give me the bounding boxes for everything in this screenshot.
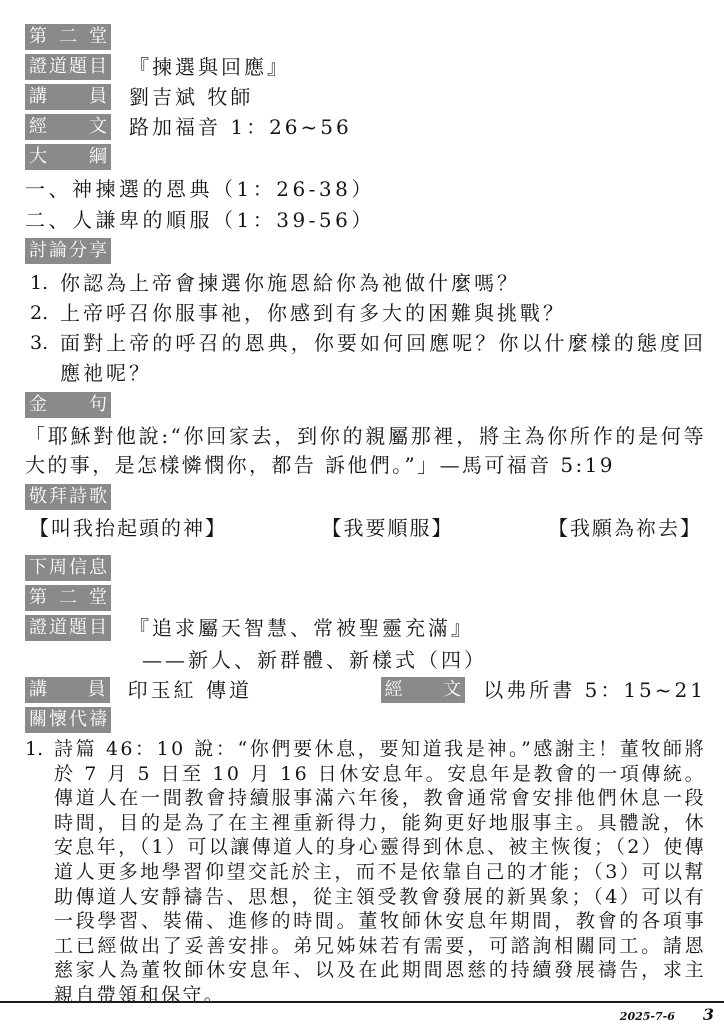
scripture-label: 經文 — [25, 114, 111, 140]
sermon-title-row: 證道題目 『揀選與回應』 — [25, 54, 706, 80]
next-scripture-reference: 以弗所書 5：15~21 — [483, 677, 706, 703]
discussion-item: 2. 上帝呼召你服事祂，你感到有多大的困難與挑戰？ — [25, 298, 706, 328]
outline-label-row: 大綱 — [25, 144, 706, 170]
hymns-label: 敬拜詩歌 — [25, 484, 111, 510]
next-session-row: 第二堂 — [25, 585, 706, 611]
verse-label-row: 金句 — [25, 392, 706, 418]
care-prayer-label: 關懷代禱 — [25, 707, 111, 733]
footer-date: 2025-7-6 — [620, 1010, 675, 1023]
footer-page-number: 3 — [703, 1005, 714, 1024]
discussion-item: 3. 面對上帝的呼召的恩典，你要如何回應呢？你以什麼樣的態度回應祂呢？ — [25, 328, 706, 388]
hymn-list: 【叫我抬起頭的神】 【我要順服】 【我願為祢去】 — [29, 514, 702, 542]
hymns-label-row: 敬拜詩歌 — [25, 484, 706, 510]
care-prayer-item-number: 1. — [25, 737, 54, 761]
section-spacer — [25, 542, 706, 555]
discussion-item-number: 1. — [25, 268, 60, 298]
next-week-label-row: 下周信息 — [25, 555, 706, 581]
speaker-row: 講員 劉吉斌 牧師 — [25, 84, 706, 110]
discussion-list: 1. 你認為上帝會揀選你施恩給你為祂做什麼嗎？ 2. 上帝呼召你服事祂，你感到有… — [25, 268, 706, 388]
memory-verse: 「耶穌對他說:“你回家去，到你的親屬那裡，將主為你所作的是何等大的事，是怎樣憐憫… — [25, 422, 706, 480]
next-speaker-label: 講員 — [25, 677, 110, 703]
second-service-section: 第二堂 證道題目 『揀選與回應』 講員 劉吉斌 牧師 經文 路加福音 1：26~… — [25, 24, 706, 542]
discussion-item-text: 面對上帝的呼召的恩典，你要如何回應呢？你以什麼樣的態度回應祂呢？ — [60, 328, 706, 388]
verse-label: 金句 — [25, 392, 111, 418]
care-prayer-label-row: 關懷代禱 — [25, 707, 706, 733]
bulletin-page: 第二堂 證道題目 『揀選與回應』 講員 劉吉斌 牧師 經文 路加福音 1：26~… — [0, 0, 724, 1024]
next-speaker-name: 印玉紅 傳道 — [128, 677, 381, 703]
speaker-label: 講員 — [25, 84, 111, 110]
discussion-item-text: 你認為上帝會揀選你施恩給你為祂做什麼嗎？ — [60, 268, 706, 298]
session-label: 第二堂 — [25, 24, 111, 50]
scripture-row: 經文 路加福音 1：26~56 — [25, 114, 706, 140]
discussion-item-text: 上帝呼召你服事祂，你感到有多大的困難與挑戰？ — [60, 298, 706, 328]
next-sermon-title-row: 證道題目 『追求屬天智慧、常被聖靈充滿』 — [25, 615, 706, 641]
sermon-title-label: 證道題目 — [25, 54, 111, 80]
next-week-section: 下周信息 第二堂 證道題目 『追求屬天智慧、常被聖靈充滿』 ——新人、新群體、新… — [25, 555, 706, 703]
outline-point-1: 一、神揀選的恩典（1：26-38） — [25, 174, 706, 205]
session-row: 第二堂 — [25, 24, 706, 50]
next-sermon-title: 『追求屬天智慧、常被聖靈充滿』 — [129, 615, 474, 641]
sermon-title: 『揀選與回應』 — [129, 54, 290, 80]
outline-label: 大綱 — [25, 144, 111, 170]
discussion-item: 1. 你認為上帝會揀選你施恩給你為祂做什麼嗎？ — [25, 268, 706, 298]
next-week-label: 下周信息 — [25, 555, 111, 581]
discussion-item-number: 2. — [25, 298, 60, 328]
care-prayer-item-text: 詩篇 46：10 說：“你們要休息，要知道我是神。”感謝主！董牧師將於 7 月 … — [54, 737, 706, 1008]
next-speaker-row: 講員 印玉紅 傳道 經文 以弗所書 5：15~21 — [25, 677, 706, 703]
hymn-title: 【叫我抬起頭的神】 — [29, 514, 227, 542]
next-session-label: 第二堂 — [25, 585, 111, 611]
page-footer: 2025-7-6 3 — [0, 1001, 724, 1024]
next-sermon-title-label: 證道題目 — [25, 615, 111, 641]
discussion-label-row: 討論分享 — [25, 238, 706, 264]
speaker-name: 劉吉斌 牧師 — [129, 84, 253, 110]
hymn-title: 【我要順服】 — [322, 514, 454, 542]
next-sermon-subtitle: ——新人、新群體、新樣式（四） — [142, 645, 706, 675]
care-prayer-section: 關懷代禱 1. 詩篇 46：10 說：“你們要休息，要知道我是神。”感謝主！董牧… — [25, 707, 706, 1008]
next-scripture-label: 經文 — [381, 677, 466, 703]
discussion-label: 討論分享 — [25, 238, 111, 264]
hymn-title: 【我願為祢去】 — [548, 514, 702, 542]
outline-point-2: 二、人謙卑的順服（1：39-56） — [25, 205, 706, 236]
scripture-reference: 路加福音 1：26~56 — [129, 114, 352, 140]
care-prayer-item: 1. 詩篇 46：10 說：“你們要休息，要知道我是神。”感謝主！董牧師將於 7… — [25, 737, 706, 1008]
discussion-item-number: 3. — [25, 328, 60, 358]
